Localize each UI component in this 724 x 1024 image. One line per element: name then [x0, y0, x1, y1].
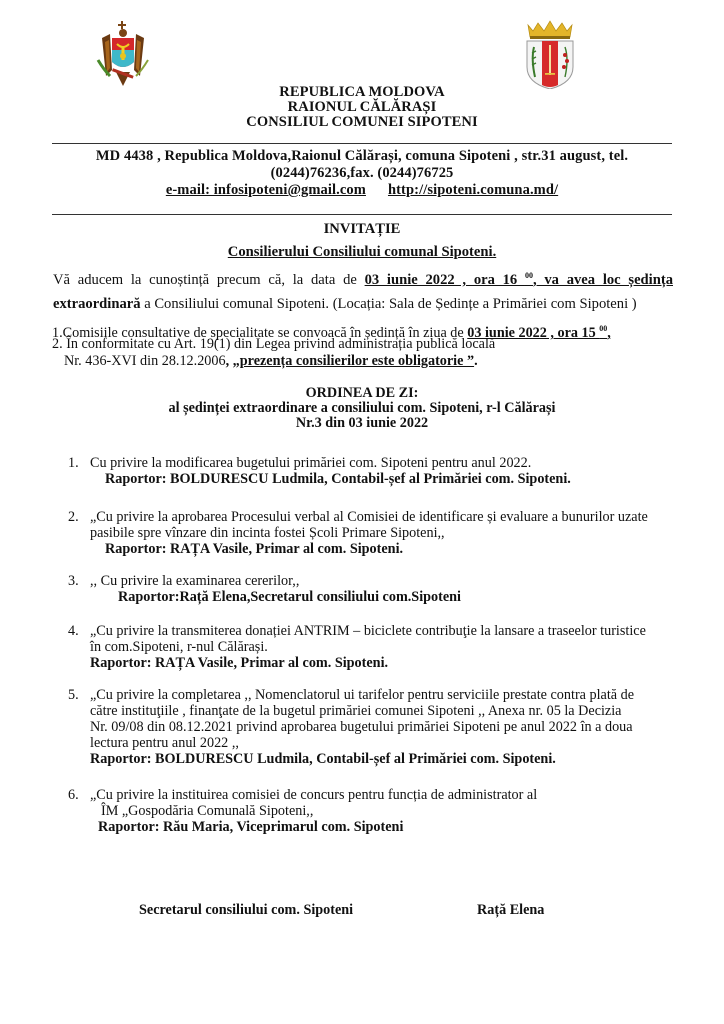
note-legal-line2: Nr. 436-XVI din 28.12.2006, „prezența co…	[64, 353, 478, 370]
address-line-1: MD 4438 , Republica Moldova,Raionul Călă…	[0, 148, 724, 165]
para2-text: a Consiliului comunal Sipoteni. (Locația…	[141, 296, 637, 312]
agenda-item-reporter: Raportor: RAȚA Vasile, Primar al com. Si…	[90, 655, 388, 671]
agenda-item-text: pasibile spre vînzare din incinta fostei…	[90, 525, 445, 541]
header-divider-top	[52, 143, 672, 144]
moldova-coat-of-arms-icon	[88, 20, 158, 90]
agenda-item-reporter: Raportor: Rău Maria, Viceprimarul com. S…	[98, 819, 403, 835]
invitation-paragraph-line1: Vă aducem la cunoștință precum că, la da…	[53, 267, 673, 289]
para1-text: Vă aducem la cunoștință precum că, la da…	[53, 272, 365, 288]
agenda-item-text: către instituţiile , finanţate de la bug…	[90, 703, 621, 719]
agenda-item-reporter: Raportor: RAȚA Vasile, Primar al com. Si…	[105, 541, 403, 557]
agenda-item-text: „Cu privire la aprobarea Procesului verb…	[90, 509, 648, 525]
agenda-item-text: ÎM „Gospodăria Comunală Sipoteni,,	[101, 803, 313, 819]
agenda-item-text: în com.Sipoteni, r-nul Călărași.	[90, 639, 268, 655]
header-divider-bottom	[52, 214, 672, 215]
note-legal-line1: 2. În conformitate cu Art. 19(1) din Leg…	[52, 336, 495, 353]
agenda-item-reporter: Raportor: BOLDURESCU Ludmila, Contabil-ș…	[105, 471, 571, 487]
agenda-item-number: 5.	[68, 687, 79, 704]
header-council: CONSILIUL COMUNEI SIPOTENI	[0, 114, 724, 131]
address-line-2: (0244)76236,fax. (0244)76725	[0, 165, 724, 182]
agenda-item-text: „Cu privire la transmiterea donației ANT…	[90, 623, 646, 639]
agenda-item-text: „Cu privire la completarea ,, Nomenclato…	[90, 687, 634, 703]
agenda-item-reporter: Raportor:Rață Elena,Secretarul consiliul…	[118, 589, 461, 605]
invitation-paragraph-line2: extraordinară a Consiliului comunal Sipo…	[53, 295, 693, 313]
sipoteni-coat-of-arms-icon	[525, 17, 575, 89]
attendance-mandatory: „prezența consilierilor este obligatorie…	[233, 353, 474, 369]
agenda-item-text: lectura pentru anul 2022 ,,	[90, 735, 239, 751]
agenda-item-text: Nr. 09/08 din 08.12.2021 privind aprobar…	[90, 719, 633, 735]
agenda-item-number: 2.	[68, 509, 79, 526]
invitation-addressee: Consilierului Consiliului comunal Sipote…	[0, 243, 724, 261]
email-link[interactable]: e-mail: infosipoteni@gmail.com	[166, 182, 366, 198]
contact-links: e-mail: infosipoteni@gmail.comhttp://sip…	[0, 182, 724, 199]
agenda-item-text: Cu privire la modificarea bugetului prim…	[90, 455, 531, 471]
signature-role: Secretarul consiliului com. Sipoteni	[139, 902, 353, 919]
agenda-item-reporter: Raportor: BOLDURESCU Ludmila, Contabil-ș…	[90, 751, 556, 767]
agenda-number: Nr.3 din 03 iunie 2022	[0, 415, 724, 432]
agenda-item-number: 3.	[68, 573, 79, 590]
invitation-title: INVITAȚIE	[0, 220, 724, 238]
agenda-item-number: 6.	[68, 787, 79, 804]
agenda-item-number: 1.	[68, 455, 79, 472]
agenda-item-number: 4.	[68, 623, 79, 640]
signature-name: Rață Elena	[477, 902, 544, 919]
extraordinary-label: extraordinară	[53, 296, 141, 312]
meeting-datetime: 03 iunie 2022 , ora 16 00, va avea loc ș…	[365, 272, 673, 288]
agenda-item-text: ,, Cu privire la examinarea cererilor,,	[90, 573, 299, 589]
website-link[interactable]: http://sipoteni.comuna.md/	[388, 182, 558, 198]
agenda-item-text: „Cu privire la instituirea comisiei de c…	[90, 787, 537, 803]
